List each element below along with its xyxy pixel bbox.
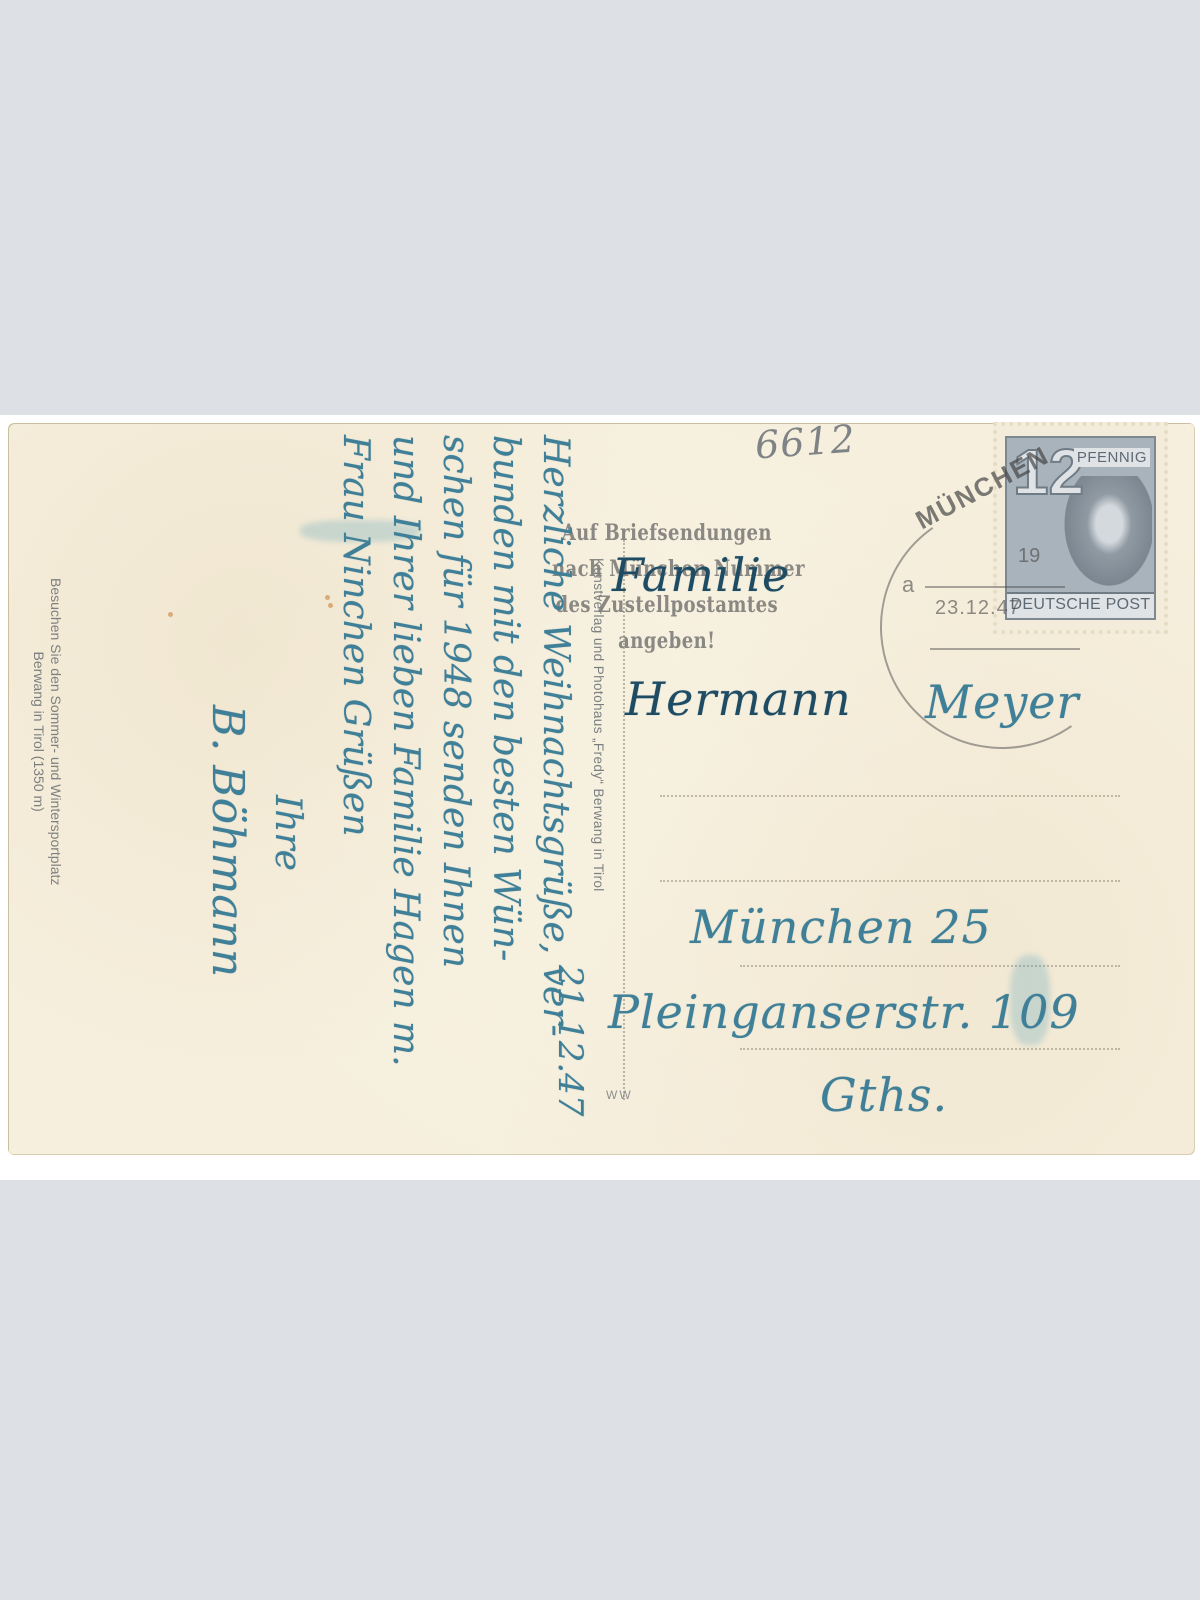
address-line [660, 795, 1120, 797]
postmark-date: 23.12.47 [935, 597, 1021, 620]
message-line: Frau Ninchen Grüßen [330, 435, 380, 1067]
address-line [740, 1048, 1120, 1050]
printer-mark: WW [606, 1088, 633, 1102]
promo-line: Besuchen Sie den Sommer- und Wintersport… [47, 578, 64, 885]
address-line [740, 965, 1120, 967]
foxing-spot [168, 612, 173, 617]
promo-line: Berwang in Tirol (1350 m) [30, 578, 47, 885]
postmark-letter: a [902, 572, 914, 598]
message-line: und Ihrer lieben Familie Hagen m. [380, 435, 430, 1067]
handwritten-message: Herzliche Weihnachtsgrüße, ver- bunden m… [202, 435, 580, 1067]
address-name-first: Hermann [625, 672, 852, 726]
postmark-district: 19 [1018, 545, 1040, 568]
message-line: schen für 1948 senden Ihnen [430, 435, 480, 1067]
address-building: Gths. [820, 1068, 948, 1122]
archive-number: 6612 [754, 417, 858, 468]
message-line: bunden mit den besten Wün- [480, 435, 530, 1067]
message-closing: Ihre [262, 435, 312, 1067]
promo-caption: Besuchen Sie den Sommer- und Wintersport… [30, 578, 64, 885]
slogan-line: Auf Briefsendungen [552, 515, 782, 551]
message-date: 21.12.47 [550, 965, 590, 1116]
address-name-last: Meyer [925, 675, 1080, 729]
message-signature: B. Böhmann [202, 435, 252, 1067]
address-line [660, 880, 1120, 882]
address-street: Pleinganserstr. 109 [608, 985, 1080, 1039]
stamp-currency: PFENNIG [1074, 448, 1150, 467]
slogan-line: angeben! [552, 623, 782, 659]
postmark-bar [925, 586, 1065, 588]
address-line-1: Familie [612, 548, 790, 602]
publisher-caption: Kunstverlag und Photohaus „Fredy“ Berwan… [591, 558, 606, 892]
address-city: München 25 [690, 900, 992, 954]
postmark-bar [930, 648, 1080, 650]
